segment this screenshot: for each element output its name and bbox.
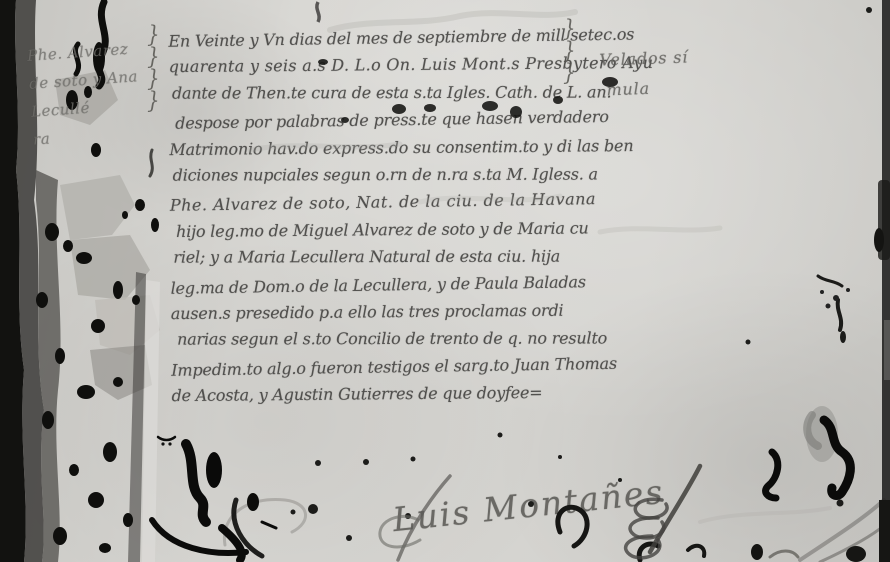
text-area-ink-smears: [317, 2, 618, 123]
ink-hook-mark: [766, 452, 778, 498]
ink-stain-overlay: [0, 0, 890, 562]
ink-splatter: [818, 276, 850, 343]
manuscript-photo: Phe. Alvarezde soto y AnaLeculléra }}}} …: [0, 0, 890, 562]
ghost-bleedthrough-strokes: [224, 12, 830, 545]
large-ink-blob: [806, 406, 850, 495]
right-side-ink-blots: [766, 276, 851, 498]
scattered-ink-dots: [291, 7, 873, 541]
bottom-left-ink-blots: [152, 437, 276, 560]
right-page-edge: [874, 0, 890, 562]
signature-rubric: [380, 466, 700, 560]
